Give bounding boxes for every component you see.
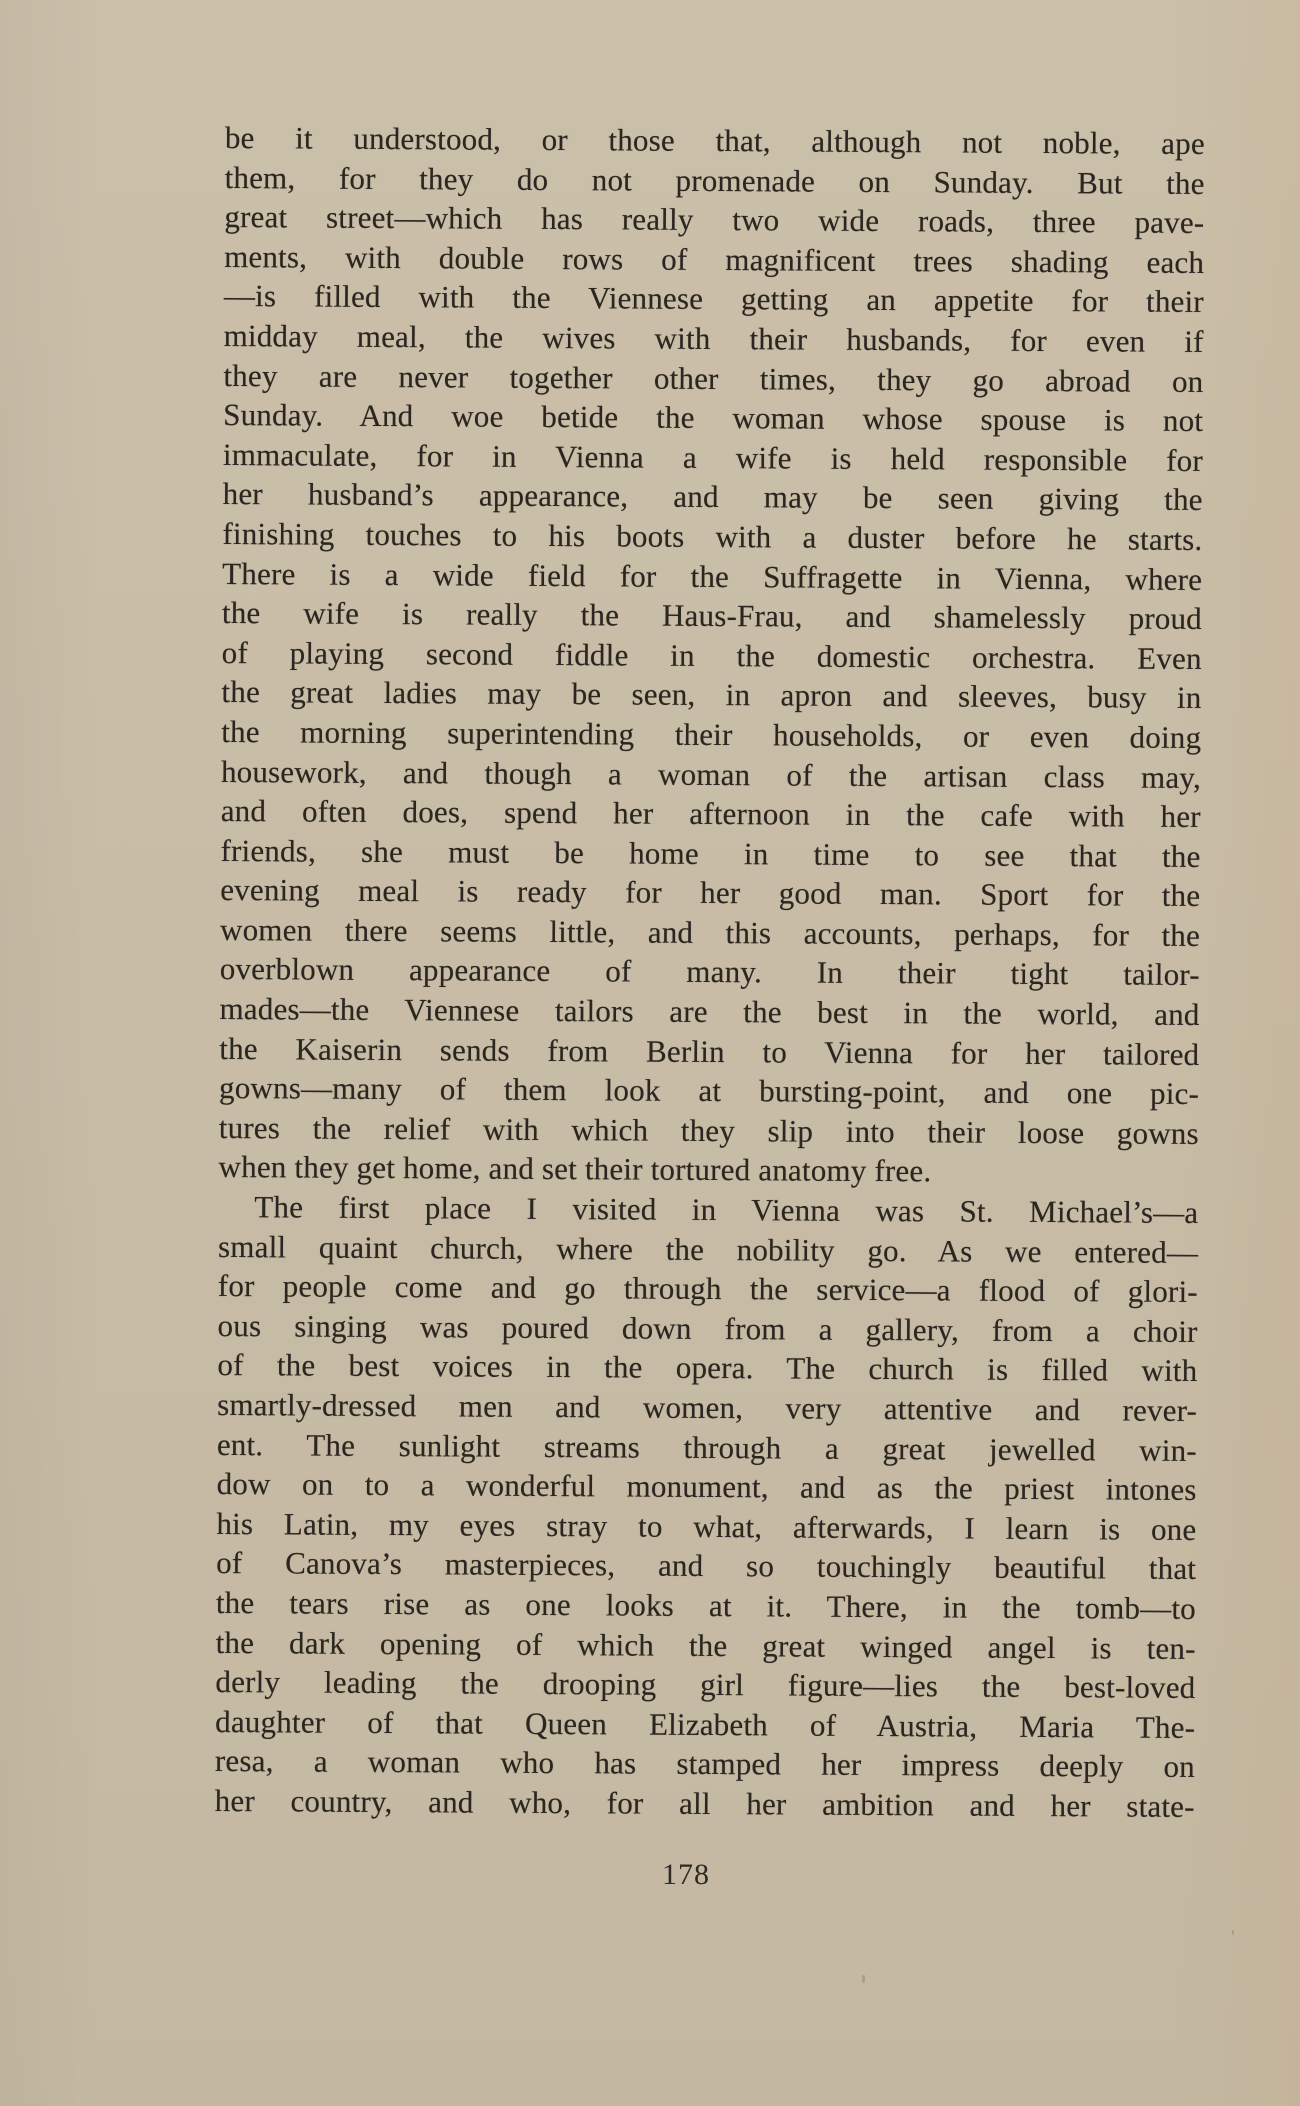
text-line: her country, and who, for all her ambiti…: [215, 1781, 1195, 1827]
text-line: mades—the Viennese tailors are the best …: [219, 989, 1199, 1035]
text-line: of the best voices in the opera. The chu…: [217, 1345, 1197, 1391]
text-line: smartly-dressed men and women, very atte…: [217, 1385, 1197, 1431]
text-line: derly leading the drooping girl figure—l…: [215, 1662, 1195, 1708]
page-number: 178: [0, 1858, 1300, 1892]
text-line: ments, with double rows of magnificent t…: [224, 237, 1204, 283]
body-text: be it understood, or those that, althoug…: [215, 118, 1205, 1826]
text-line: ent. The sunlight streams through a grea…: [217, 1425, 1197, 1471]
text-line: overblown appearance of many. In their t…: [220, 949, 1200, 995]
text-line: housework, and though a woman of the art…: [221, 751, 1201, 797]
text-line: tures the relief with which they slip in…: [219, 1108, 1199, 1154]
text-line: great street—which has really two wide r…: [224, 197, 1204, 243]
text-line: they are never together other times, the…: [223, 356, 1203, 402]
text-line: women there seems little, and this accou…: [220, 910, 1200, 956]
text-line: resa, a woman who has stamped her impres…: [215, 1741, 1195, 1787]
text-line: of playing second fiddle in the domestic…: [222, 633, 1202, 679]
text-line: for people come and go through the servi…: [218, 1266, 1198, 1312]
text-line: them, for they do not promenade on Sunda…: [225, 158, 1205, 204]
text-line: be it understood, or those that, althoug…: [225, 118, 1205, 164]
text-line: the great ladies may be seen, in apron a…: [221, 672, 1201, 718]
paper-speck: [1232, 1930, 1234, 1935]
paper-speck: [862, 1975, 865, 1983]
text-line: the morning superintending their househo…: [221, 712, 1201, 758]
text-line: of Canova’s masterpieces, and so touchin…: [216, 1543, 1196, 1589]
paragraph-end-line: when they get home, and set their tortur…: [218, 1147, 1198, 1193]
text-line: dow on to a wonderful monument, and as t…: [217, 1464, 1197, 1510]
text-line: ous singing was poured down from a galle…: [218, 1306, 1198, 1352]
text-line: There is a wide field for the Suffragett…: [222, 554, 1202, 600]
text-line: finishing touches to his boots with a du…: [222, 514, 1202, 560]
text-line: friends, she must be home in time to see…: [220, 831, 1200, 877]
text-line: gowns—many of them look at bursting-poin…: [219, 1068, 1199, 1114]
text-line: evening meal is ready for her good man. …: [220, 870, 1200, 916]
text-line: and often does, spend her afternoon in t…: [221, 791, 1201, 837]
text-line: midday meal, the wives with their husban…: [224, 316, 1204, 362]
text-line: —is filled with the Viennese getting an …: [224, 276, 1204, 322]
text-line: the Kaiserin sends from Berlin to Vienna…: [219, 1029, 1199, 1075]
text-line: the wife is really the Haus-Frau, and sh…: [222, 593, 1202, 639]
text-line: the dark opening of which the great wing…: [216, 1623, 1196, 1669]
text-line: immaculate, for in Vienna a wife is held…: [223, 435, 1203, 481]
text-line: her husband’s appearance, and may be see…: [223, 474, 1203, 520]
text-line: Sunday. And woe betide the woman whose s…: [223, 395, 1203, 441]
paragraph-start-line: The first place I visited in Vienna was …: [218, 1187, 1198, 1233]
text-line: his Latin, my eyes stray to what, afterw…: [216, 1504, 1196, 1550]
text-line: small quaint church, where the nobility …: [218, 1227, 1198, 1273]
book-page: be it understood, or those that, althoug…: [0, 0, 1300, 2106]
text-line: daughter of that Queen Elizabeth of Aust…: [215, 1702, 1195, 1748]
text-line: the tears rise as one looks at it. There…: [216, 1583, 1196, 1629]
